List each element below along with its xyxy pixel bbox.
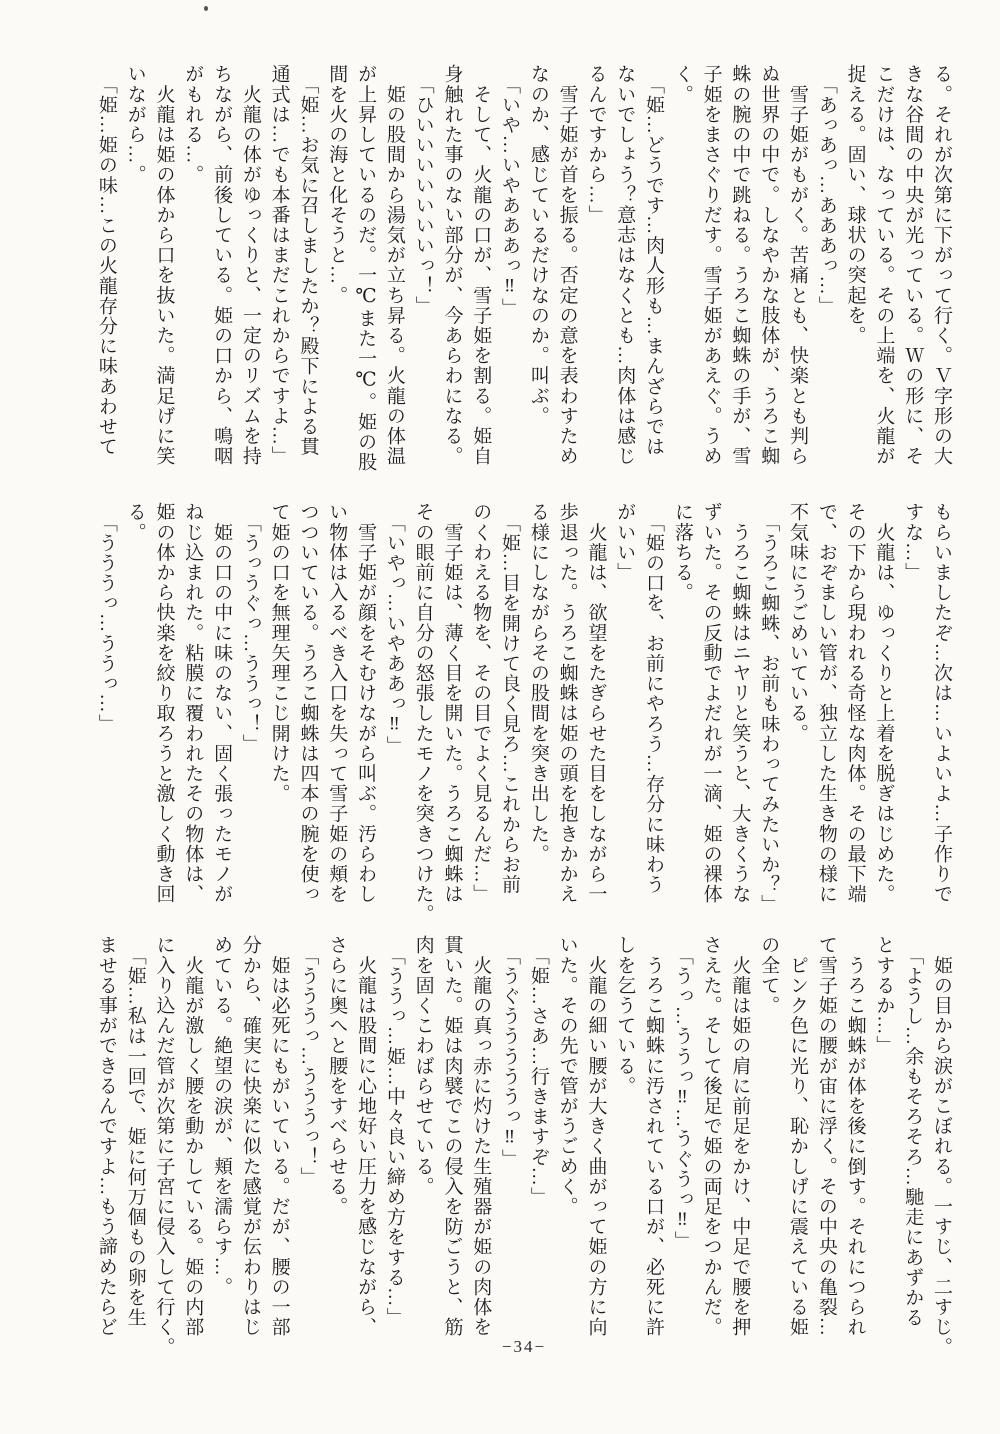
text-column: 不気味にうごめいている。 [782,502,811,938]
ink-speck [204,6,208,11]
text-column: 貫いた。姫は肉襞でこの侵入を防ごうと、筋 [437,935,466,1371]
text-column: きな谷間の中央が光っている。Ｗの形に、そ [897,64,926,500]
text-column: 「姫…私は一回で、姫に何万個もの卵を生 [120,935,149,1371]
text-band-middle: もらいましたぞ…次は…いよいよ…子作りですな…」 火龍は、ゆっくりと上着を脱ぎは… [89,502,955,938]
text-column: そして、火龍の口が、雪子姫を割る。姫自 [465,64,494,500]
text-column: うろこ蜘蛛に汚されている口が、必死に許 [638,935,667,1371]
text-column: 「姫…目を開けて良く見ろ…これからお前 [494,502,523,938]
text-column: 蛛の腕の中で跳ねる。うろこ蜘蛛の手が、雪 [725,64,754,500]
text-column: く。 [667,64,696,500]
text-column: 姫の目から涙がこぼれる。一すじ、二すじ。 [926,935,955,1371]
text-column: 火龍が激しく腰を動かしている。姫の内部 [177,935,206,1371]
text-column: る様にしながらその股間を突き出した。 [523,502,552,938]
text-column: その眼前に自分の怒張したモノを突きつけた。 [408,502,437,938]
text-column: さえた。そして後足で姫の両足をつかんだ。 [696,935,725,1371]
text-column: ちながら、前後している。姫の口から、鳴咽 [206,64,235,500]
text-column: に落ちる。 [667,502,696,938]
text-band-top: る。それが次第に下がって行く。Ｖ字形の大きな谷間の中央が光っている。Ｗの形に、そ… [89,64,955,500]
text-column: 火龍の体がゆっくりと、一定のリズムを持 [235,64,264,500]
text-band-bottom: 姫の目から涙がこぼれる。一すじ、二すじ。 「ようし…余もそろそろ…馳走にあずかる… [89,935,955,1371]
text-column: 火龍は姫の体から口を抜いた。満足げに笑 [149,64,178,500]
text-column: とするか…」 [869,935,898,1371]
text-column: 「姫の口を、お前にやろう…存分に味わう [638,502,667,938]
text-column: 「姫…お気に召しましたか？殿下による貫 [293,64,322,500]
text-column: 姫の股間から湯気が立ち昇る。火龍の体温 [379,64,408,500]
text-column: ねじ込まれた。粘膜に覆われたその物体は、 [177,502,206,938]
text-column: 通式は…でも本番はまだこれからですよ…」 [264,64,293,500]
text-column: 火龍は、欲望をたぎらせた目をしながら一 [581,502,610,938]
text-column: 子姫をまさぐりだす。雪子姫があえぐ。うめ [696,64,725,500]
text-column: ないでしょう？意志はなくとも…肉体は感じ [609,64,638,500]
text-column: 身触れた事のない部分が、今あらわになる。 [437,64,466,500]
text-column: 「うっうぐっ…ううっ！」 [235,502,264,938]
text-column: ピンク色に光り、恥かしげに震えている姫 [782,935,811,1371]
text-column: つついている。うろこ蜘蛛は四本の腕を使っ [293,502,322,938]
text-column: 「いやっ…いやああっ‼」 [379,502,408,938]
text-column: が上昇しているのだ。一℃また一℃。姫の股 [350,64,379,500]
text-column: 雪子姫が首を振る。否定の意を表わすため [552,64,581,500]
text-column: に入り込んだ管が次第に子宮に侵入して行く。 [149,935,178,1371]
text-column: 分から、確実に快楽に似た感覚が伝わりはじ [235,935,264,1371]
text-column: のくわえる物を、その目でよく見るんだ…」 [465,502,494,938]
text-column: 火龍の真っ赤に灼けた生殖器が姫の肉体を [465,935,494,1371]
text-column: 「ようし…余もそろそろ…馳走にあずかる [897,935,926,1371]
text-column: 「ううっ…姫…中々良い締め方をする…」 [379,935,408,1371]
text-column: 「ひいいいいいいいっ！」 [408,64,437,500]
text-column: さらに奥へと腰をすべらせる。 [321,935,350,1371]
text-column: 火龍は姫の肩に前足をかけ、中足で腰を押 [725,935,754,1371]
text-column: 間を火の海と化そうと…。 [321,64,350,500]
text-column: いた。その先で管がうごめく。 [552,935,581,1371]
text-column: るんですから…」 [581,64,610,500]
text-column: の全て。 [753,935,782,1371]
text-column: 火龍の細い腰が大きく曲がって姫の方に向 [581,935,610,1371]
text-column: 「うううっ…うううっ！」 [293,935,322,1371]
text-column: がいい」 [609,502,638,938]
text-column: 「あっあっ…あああっ…」 [811,64,840,500]
text-column: 姫の体から快楽を絞り取ろうと激しく動き回 [149,502,178,938]
text-column: い物体は入るべき入口を失って雪子姫の頬を [321,502,350,938]
text-column: 火龍は股間に心地好い圧力を感じながら、 [350,935,379,1371]
text-column: その下から現われる奇怪な肉体。その最下端 [840,502,869,938]
text-column: ずいた。その反動でよだれが一滴、姫の裸体 [696,502,725,938]
text-column: 「姫…さあ…行きますぞ…」 [523,935,552,1371]
text-column: 雪子姫がもがく。苦痛とも、快楽とも判ら [782,64,811,500]
novel-page: る。それが次第に下がって行く。Ｖ字形の大きな谷間の中央が光っている。Ｗの形に、そ… [0,0,1000,1434]
text-column: 歩退った。うろこ蜘蛛は姫の頭を抱きかかえ [552,502,581,938]
text-column: 捉える。固い、球状の突起を。 [840,64,869,500]
text-column: ませる事ができるんですよ…もう諦めたらど [91,935,120,1371]
text-column: 姫は必死にもがいている。だが、腰の一部 [264,935,293,1371]
text-column: 肉を固くこわばらせている。 [408,935,437,1371]
text-column: 雪子姫が顔をそむけながら叫ぶ。汚らわし [350,502,379,938]
text-column: ぬ世界の中で。しなやかな肢体が、うろこ蜘 [753,64,782,500]
page-number: −34− [91,1337,957,1357]
text-column: で、おぞましい管が、独立した生き物の様に [811,502,840,938]
text-column: すな…」 [897,502,926,938]
text-column: いながら…。 [120,64,149,500]
text-column: る。 [120,502,149,938]
text-column: うろこ蜘蛛が体を後に倒す。それにつられ [840,935,869,1371]
text-column: 「うろこ蜘蛛、お前も味わってみたいか？」 [753,502,782,938]
text-column: 「うぐうううううっ‼」 [494,935,523,1371]
text-column: 姫の口の中に味のない、固く張ったモノが [206,502,235,938]
text-column: もらいましたぞ…次は…いよいよ…子作りで [926,502,955,938]
text-column: うろこ蜘蛛はニヤリと笑うと、大きくうな [725,502,754,938]
text-column: 雪子姫は、薄く目を開いた。うろこ蜘蛛は [437,502,466,938]
text-column: がもれる…。 [177,64,206,500]
text-column: 火龍は、ゆっくりと上着を脱ぎはじめた。 [869,502,898,938]
text-column: なのか、感じているだけなのか。叫ぶ。 [523,64,552,500]
text-column: 「姫…姫の味…この火龍存分に味あわせて [91,64,120,500]
text-column: しを乞うている。 [609,935,638,1371]
text-column: 「いや…いやあああっ‼」 [494,64,523,500]
text-column: る。それが次第に下がって行く。Ｖ字形の大 [926,64,955,500]
text-column: こだけは、なっている。その上端を、火龍が [869,64,898,500]
text-column: 「姫…どうです…肉人形も…まんざらでは [638,64,667,500]
text-column: 「うっ…ううっ‼…うぐうっ‼」 [667,935,696,1371]
text-column: て雪子姫の腰が宙に浮く。その中央の亀裂… [811,935,840,1371]
text-column: て姫の口を無理矢理こじ開けた。 [264,502,293,938]
text-column: 「うううっ…ううっ…」 [91,502,120,938]
text-column: めている。絶望の涙が、頬を濡らす…。 [206,935,235,1371]
